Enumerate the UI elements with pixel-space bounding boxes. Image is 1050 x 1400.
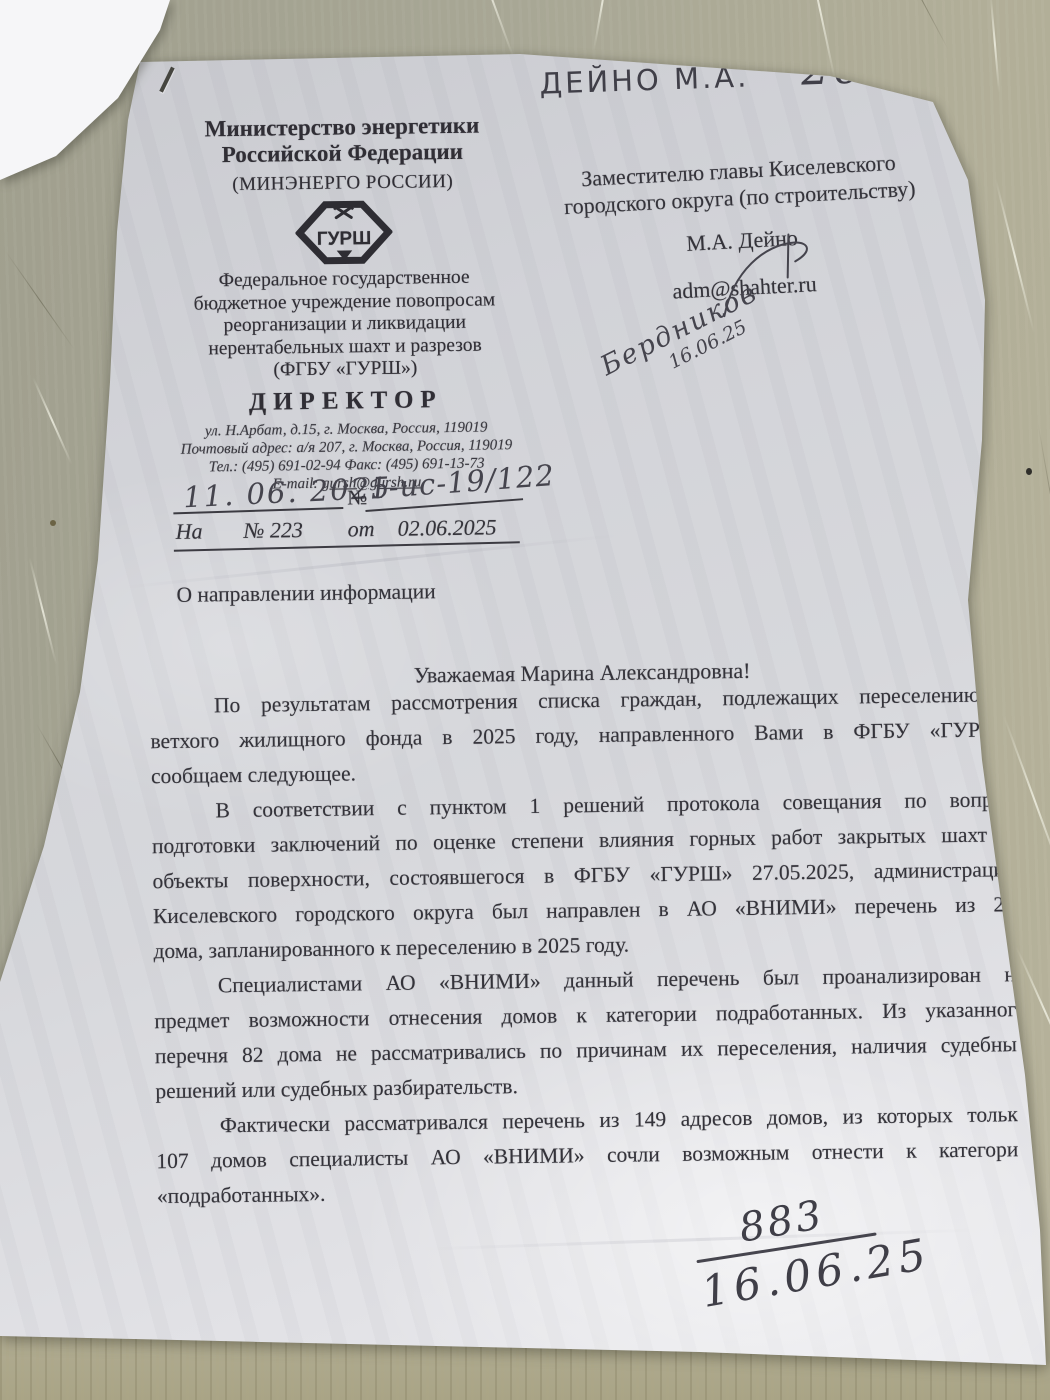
number-sign: № xyxy=(347,485,367,510)
letterhead: Министерство энергетики Российской Федер… xyxy=(142,112,547,495)
crossed-hammers-icon xyxy=(336,207,351,217)
photo-of-letter: ДЕЙНО М.А. 2678 Министерство энергетики … xyxy=(0,0,1050,1400)
paragraph-1: По результатам рассмотрения списка гражд… xyxy=(150,677,1013,794)
incoming-date: 02.06.2025 xyxy=(397,514,496,541)
ministry-name-line2: Российской Федерации xyxy=(142,138,542,170)
subject-line: О направлении информации xyxy=(176,579,435,608)
incoming-number: № 223 xyxy=(243,517,303,544)
ot-label: от xyxy=(347,516,374,542)
paragraph-2: В соответствии с пунктом 1 решений прото… xyxy=(151,782,1015,969)
na-label: На xyxy=(175,518,202,544)
gursh-logo: ГУРШ xyxy=(294,199,392,266)
letter-content: ДЕЙНО М.А. 2678 Министерство энергетики … xyxy=(0,0,1050,1400)
handwritten-addressee-name: ДЕЙНО М.А. xyxy=(539,60,750,101)
handwritten-routing-note: ДЕЙНО М.А. 2678 xyxy=(538,40,929,105)
paragraph-3: Специалистами АО «ВНИМИ» данный перечень… xyxy=(154,957,1018,1109)
letter-sheet: ДЕЙНО М.А. 2678 Министерство энергетики … xyxy=(0,0,1050,1400)
letter-body: По результатам рассмотрения списка гражд… xyxy=(150,677,1019,1214)
handwritten-registration-number: 2678 xyxy=(800,40,930,95)
organization-name: Федеральное государственноебюджетное учр… xyxy=(144,266,546,384)
letter-sheet-wrap: ДЕЙНО М.А. 2678 Министерство энергетики … xyxy=(0,0,1050,1400)
logo-text: ГУРШ xyxy=(316,228,371,250)
ministry-abbreviation: (МИНЭНЕРГО РОССИИ) xyxy=(143,170,543,198)
text-line: (ФГБУ «ГУРШ») xyxy=(145,356,545,384)
incoming-reference-underline xyxy=(174,541,520,551)
position-title: ДИРЕКТОР xyxy=(146,384,546,418)
